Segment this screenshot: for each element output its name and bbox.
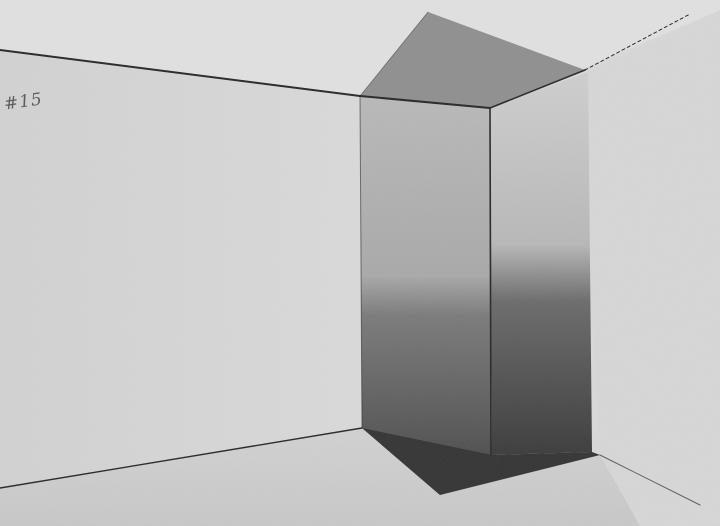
room-sketch xyxy=(0,0,720,526)
sketch-canvas: #15 xyxy=(0,0,720,526)
